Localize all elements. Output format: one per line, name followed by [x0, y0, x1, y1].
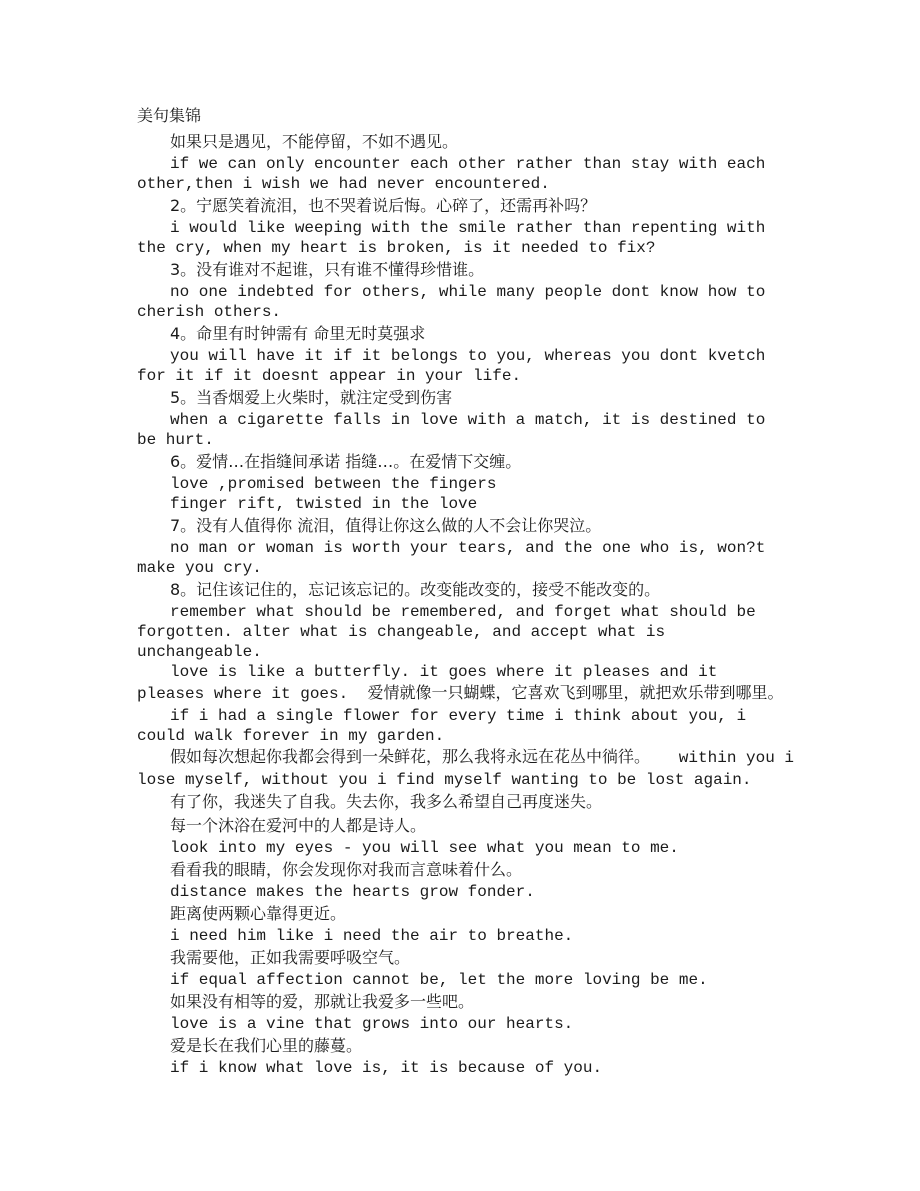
text-line: be hurt. [137, 430, 783, 450]
text-line: 6。爱情…在指缝间承诺 指缝…。在爱情下交缠。 [137, 450, 783, 474]
document-body: 美句集锦如果只是遇见，不能停留，不如不遇见。if we can only enc… [137, 104, 783, 1078]
text-line: unchangeable. [137, 642, 783, 662]
text-line: make you cry. [137, 558, 783, 578]
document-page: 美句集锦如果只是遇见，不能停留，不如不遇见。if we can only enc… [0, 0, 920, 1191]
text-line: the cry, when my heart is broken, is it … [137, 238, 783, 258]
text-line: 3。没有谁对不起谁，只有谁不懂得珍惜谁。 [137, 258, 783, 282]
text-line: could walk forever in my garden. [137, 726, 783, 746]
text-line: 4。命里有时钟需有 命里无时莫强求 [137, 322, 783, 346]
text-line: finger rift, twisted in the love [137, 494, 783, 514]
text-line: if i had a single flower for every time … [137, 706, 783, 726]
text-line: 我需要他，正如我需要呼吸空气。 [137, 946, 783, 970]
text-line: if we can only encounter each other rath… [137, 154, 783, 174]
text-line: love is a vine that grows into our heart… [137, 1014, 783, 1034]
text-line: other,then i wish we had never encounter… [137, 174, 783, 194]
text-line: i need him like i need the air to breath… [137, 926, 783, 946]
text-line: if i know what love is, it is because of… [137, 1058, 783, 1078]
text-line: 5。当香烟爱上火柴时，就注定受到伤害 [137, 386, 783, 410]
text-line: 如果只是遇见，不能停留，不如不遇见。 [137, 130, 783, 154]
text-line: 2。宁愿笑着流泪，也不哭着说后悔。心碎了，还需再补吗？ [137, 194, 783, 218]
text-line: no man or woman is worth your tears, and… [137, 538, 783, 558]
text-line: forgotten. alter what is changeable, and… [137, 622, 783, 642]
text-line: you will have it if it belongs to you, w… [137, 346, 783, 366]
text-line: if equal affection cannot be, let the mo… [137, 970, 783, 990]
text-line: 7。没有人值得你 流泪，值得让你这么做的人不会让你哭泣。 [137, 514, 783, 538]
text-line: look into my eyes - you will see what yo… [137, 838, 783, 858]
text-line: 假如每次想起你我都会得到一朵鲜花，那么我将永远在花丛中徜徉。 within yo… [137, 746, 783, 770]
text-line: distance makes the hearts grow fonder. [137, 882, 783, 902]
text-line: 如果没有相等的爱，那就让我爱多一些吧。 [137, 990, 783, 1014]
text-line: no one indebted for others, while many p… [137, 282, 783, 302]
text-line: i would like weeping with the smile rath… [137, 218, 783, 238]
text-line: 8。记住该记住的，忘记该忘记的。改变能改变的，接受不能改变的。 [137, 578, 783, 602]
text-line: 有了你，我迷失了自我。失去你，我多么希望自己再度迷失。 [137, 790, 783, 814]
text-line: pleases where it goes. 爱情就像一只蝴蝶，它喜欢飞到哪里，… [137, 682, 783, 706]
text-line: for it if it doesnt appear in your life. [137, 366, 783, 386]
text-line: 距离使两颗心靠得更近。 [137, 902, 783, 926]
text-line: 每一个沐浴在爱河中的人都是诗人。 [137, 814, 783, 838]
text-line: love is like a butterfly. it goes where … [137, 662, 783, 682]
document-title: 美句集锦 [137, 104, 783, 128]
text-line: love ,promised between the fingers [137, 474, 783, 494]
text-line: 看看我的眼睛，你会发现你对我而言意味着什么。 [137, 858, 783, 882]
text-line: when a cigarette falls in love with a ma… [137, 410, 783, 430]
text-line: lose myself, without you i find myself w… [137, 770, 783, 790]
text-line: 爱是长在我们心里的藤蔓。 [137, 1034, 783, 1058]
text-line: remember what should be remembered, and … [137, 602, 783, 622]
text-line: cherish others. [137, 302, 783, 322]
